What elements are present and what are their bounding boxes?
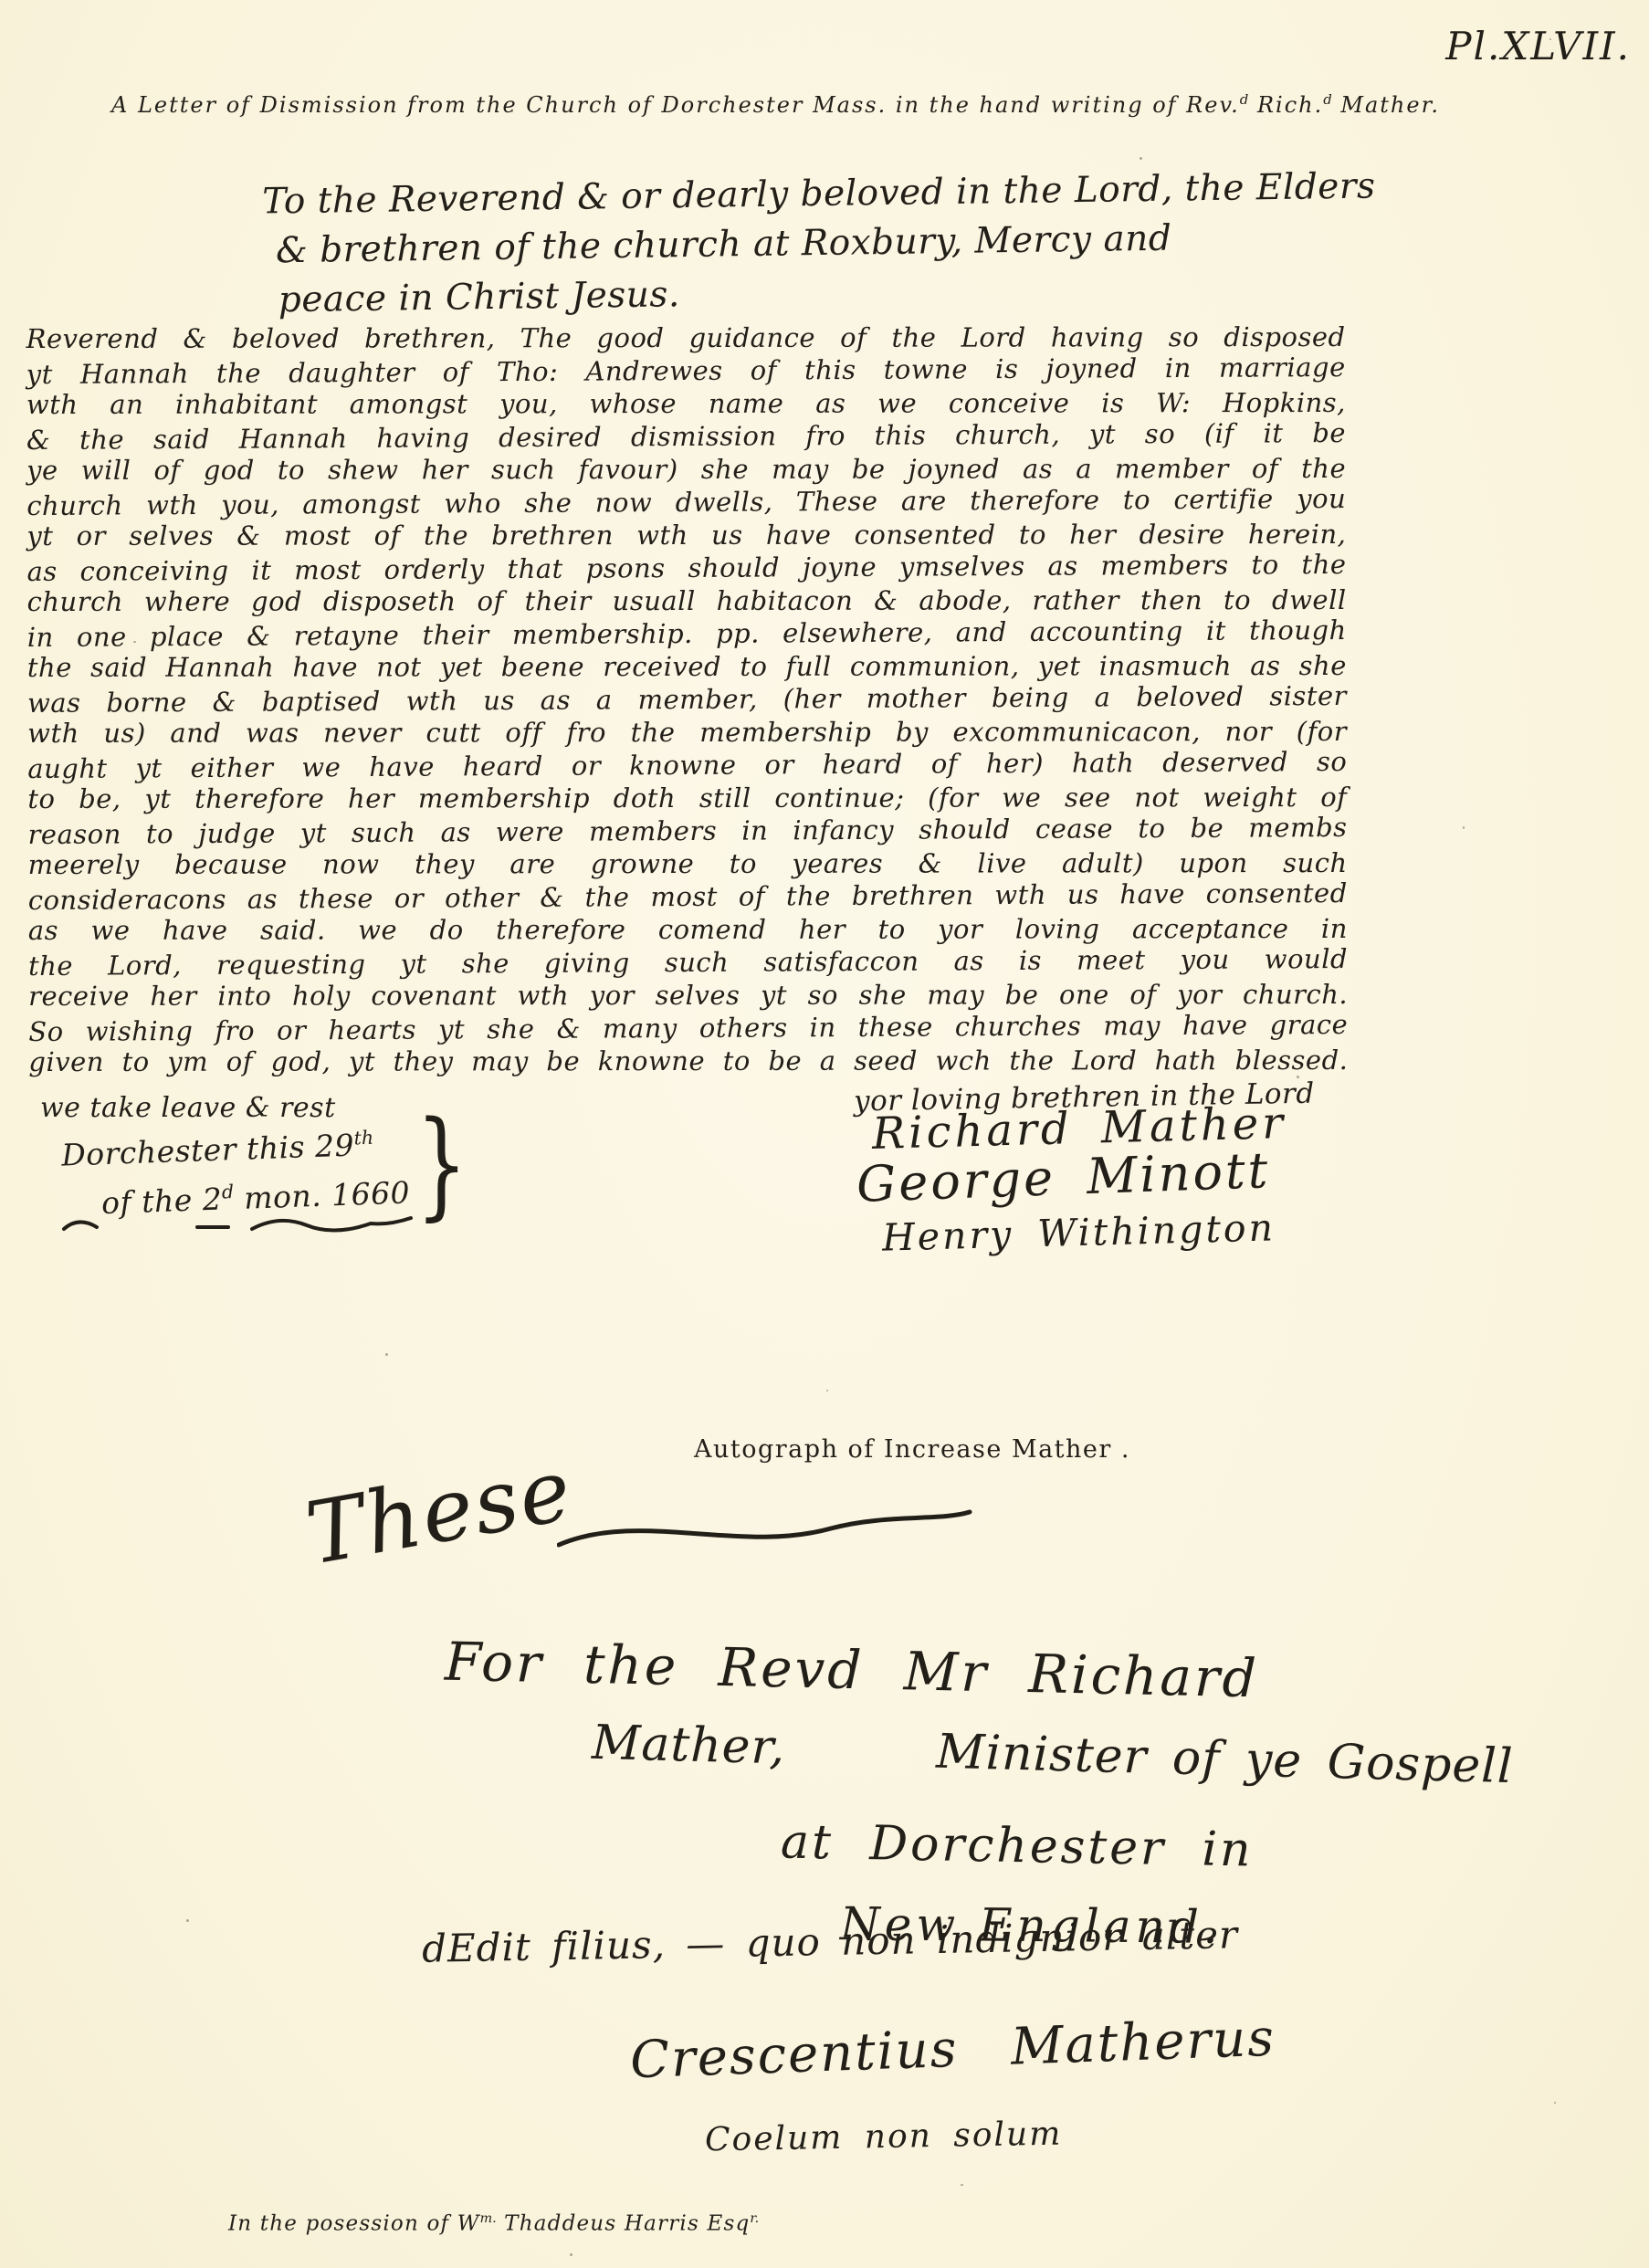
letter-body-line: as we have said. we do therefore comend … <box>28 912 1348 947</box>
letter-body-line: wth an inhabitant amongst you, whose nam… <box>26 386 1346 421</box>
letter-body-line: in one place & retayne their membership.… <box>27 614 1347 654</box>
letter-body-line: reason to judge yt such as were members … <box>27 811 1347 851</box>
letter-address: To the Reverend & or dearly beloved in t… <box>262 162 1377 325</box>
superscript-m: m. <box>480 2211 497 2226</box>
paper-speck <box>570 2253 572 2256</box>
paper-speck <box>1140 157 1142 160</box>
footer-caption-text: In the posession of W <box>228 2212 480 2236</box>
paper-speck <box>1549 38 1551 40</box>
superscript-r: r. <box>750 2211 759 2226</box>
date-text: mon. 1660 <box>234 1174 411 1216</box>
letter-body-line: wth us) and was never cutt off fro the m… <box>27 715 1347 750</box>
letter-body-line: yt or selves & most of the brethren wth … <box>26 518 1346 552</box>
autograph-latin-line: dEdit filius, — quo non indignior alter <box>422 1912 1239 1971</box>
letter-body-line: the said Hannah have not yet beene recei… <box>27 649 1347 684</box>
letter-body-line: yt Hannah the daughter of Tho: Andrewes … <box>26 351 1346 391</box>
superscript-d: d <box>1323 91 1332 108</box>
autograph-these-flourish: These <box>299 1440 580 1584</box>
letter-body-line: consideracons as these or other & the mo… <box>28 877 1348 917</box>
autograph-address-line-3: at Dorchester in <box>781 1814 1255 1877</box>
these-swash-flourish <box>557 1505 977 1559</box>
plate-caption-text: Rich. <box>1248 92 1323 118</box>
letter-body-line: as conceiving it most orderly that psons… <box>26 548 1346 588</box>
superscript-d: d <box>1240 91 1249 108</box>
letter-body-line: ye will of god to shew her such favour) … <box>26 452 1346 487</box>
letter-body-line: church where god disposeth of their usua… <box>27 583 1347 618</box>
letter-body-line: to be, yt therefore her membership doth … <box>27 781 1347 815</box>
paper-speck <box>385 1353 388 1356</box>
autograph-motto: Coelum non solum <box>705 2116 1063 2159</box>
date-brace: } <box>415 1107 467 1223</box>
plate-caption-text: A Letter of Dismission from the Church o… <box>111 92 1240 118</box>
paper-speck <box>826 1390 828 1391</box>
letter-body-line: church wth you, amongst who she now dwel… <box>26 482 1346 522</box>
plate-number: Pl.XLVII. <box>1445 24 1631 68</box>
plate-caption-text: Mather. <box>1332 92 1440 118</box>
autograph-signature-crescentius-matherus: Crescentius Matherus <box>629 2009 1276 2091</box>
paper-speck <box>133 641 136 643</box>
letter-body-line: Reverend & beloved brethren, The good gu… <box>26 320 1346 355</box>
letter-date-block: Dorchester this 29th of the 2d mon. 1660 <box>60 1115 411 1225</box>
letter-body-line: meerely because now they are growne to y… <box>28 846 1348 881</box>
letter-body-line: aught yt either we have heard or knowne … <box>27 745 1347 785</box>
footer-caption-text: Thaddeus Harris Esq <box>497 2212 751 2236</box>
paper-speck <box>511 110 513 112</box>
autograph-address-line-2: Mather, Minister of ye Gospell <box>591 1716 1514 1794</box>
letter-body: Reverend & beloved brethren, The good gu… <box>26 319 1349 1079</box>
paper-speck <box>1297 1076 1299 1078</box>
superscript-d: d <box>222 1181 235 1202</box>
letter-body-line: & the said Hannah having desired dismiss… <box>26 416 1346 457</box>
letter-body-line: was borne & baptised wth us as a member,… <box>27 679 1347 719</box>
paper-speck <box>961 2184 963 2186</box>
plate-page: Pl.XLVII. A Letter of Dismission from th… <box>0 0 1649 2268</box>
autograph-caption: Autograph of Increase Mather . <box>694 1435 1130 1464</box>
superscript-th: th <box>353 1127 373 1150</box>
paper-speck <box>1554 2102 1556 2104</box>
paper-speck <box>186 1919 189 1922</box>
letter-body-line: receive her into holy covenant wth yor s… <box>28 978 1348 1013</box>
letter-body-line: the Lord, requesting yt she giving such … <box>28 942 1348 982</box>
autograph-address-line-1: For the Revd Mr Richard <box>444 1631 1259 1710</box>
plate-caption: A Letter of Dismission from the Church o… <box>111 91 1289 118</box>
footer-caption: In the posession of Wm. Thaddeus Harris … <box>228 2211 759 2236</box>
date-text: Dorchester this 29 <box>61 1127 355 1172</box>
paper-speck <box>1463 826 1465 829</box>
date-underline-flourish <box>60 1214 416 1238</box>
letter-body-line: given to ym of god, yt they may be known… <box>28 1044 1348 1078</box>
letter-body-line: So wishing fro or hearts yt she & many o… <box>28 1008 1348 1048</box>
signature-henry-withington: Henry Withington <box>881 1205 1276 1259</box>
